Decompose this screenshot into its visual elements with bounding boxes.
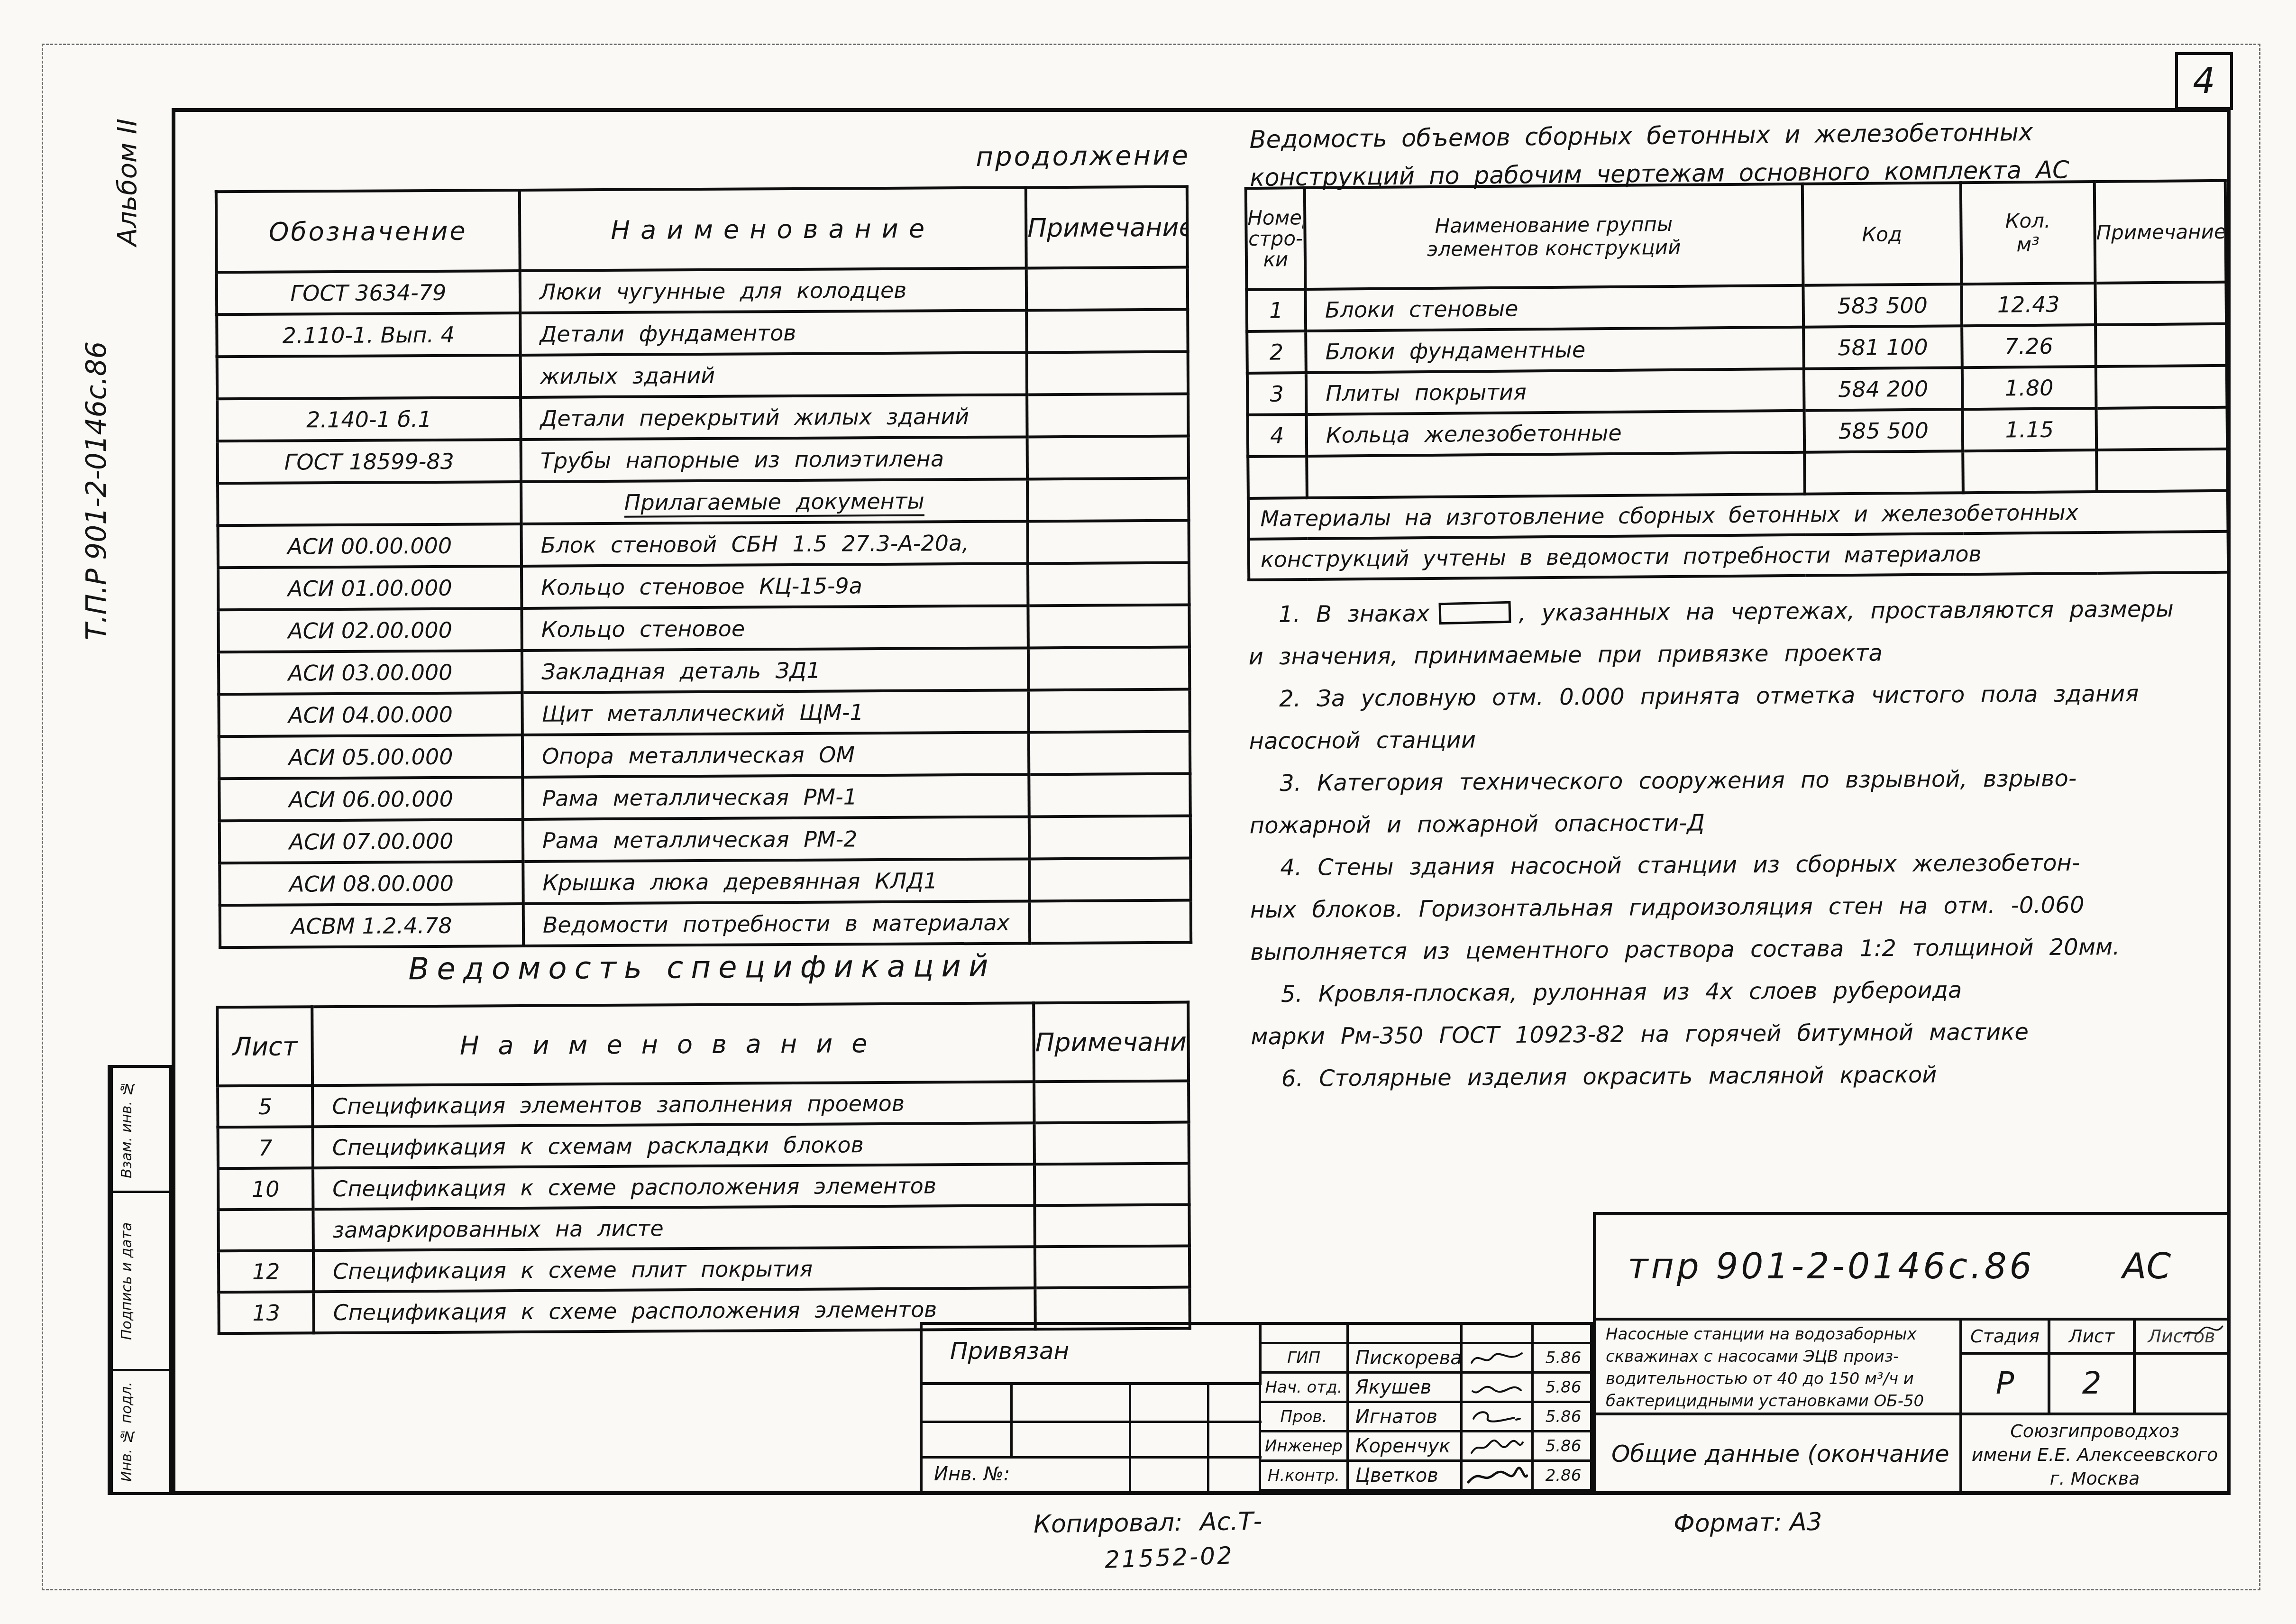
name-cell: Щит металлический ЩМ-1 (522, 690, 1028, 735)
date-cell: 5.86 (1533, 1343, 1594, 1373)
note-3-line-1: 3. Категория технического сооружения по … (1249, 757, 2237, 805)
signatures-table: ГИП Пискорева 5.86 Нач. отд. Якушев 5.86… (1259, 1322, 1593, 1495)
table-row: АСИ 07.00.000Рама металлическая РМ-2 (220, 816, 1190, 863)
note-cell (1027, 478, 1189, 522)
page-number: 4 (2193, 61, 2215, 101)
project-line: бактерицидными установками ОБ-50 (1606, 1390, 1959, 1413)
role-cell: ГИП (1260, 1343, 1348, 1373)
name-cell: Якушев (1348, 1373, 1462, 1402)
code-cell: 581 100 (1803, 326, 1962, 369)
page-number-box: 4 (2175, 52, 2233, 110)
inventory-number-label: Инв. №: (934, 1463, 1010, 1485)
signature-scribble (1469, 1378, 1526, 1397)
note-cell (1028, 689, 1189, 733)
continuation-label: продолжение (882, 140, 1190, 174)
signature-cell (1462, 1402, 1533, 1431)
empty-cell (1533, 1323, 1594, 1343)
materials-footnote-line1: Материалы на изготовление сборных бетонн… (1248, 491, 2228, 539)
grid-line (923, 1421, 1262, 1423)
note-cell (1028, 605, 1189, 648)
table-row: 4Кольца железобетонные585 5001.15 (1248, 407, 2228, 457)
sheet-cell: 12 (219, 1250, 313, 1292)
copied-by-label: Копировал: Ас.Т- (1034, 1507, 1262, 1539)
note-cell (1028, 521, 1189, 564)
signature-scribble (1466, 1465, 1528, 1486)
designation-cell: АСИ 06.00.000 (219, 777, 522, 821)
stage-sheet-values: Р 2 (1962, 1355, 2227, 1413)
header-line: элементов конструкций (1307, 235, 1802, 262)
name-cell: Кольцо стеновое КЦ-15-9а (521, 563, 1028, 608)
name-cell: Закладная деталь ЗД1 (522, 648, 1028, 693)
quantity-cell: 1.80 (1962, 367, 2096, 409)
code-cell (1804, 451, 1963, 494)
table-row (1248, 449, 2228, 498)
quantity-cell (1963, 450, 2097, 493)
note-cell (1035, 1246, 1189, 1288)
quantity-cell: 7.26 (1962, 325, 2096, 367)
note-cell (2095, 282, 2226, 325)
sheet-title: Общие данные (окончание (1596, 1415, 1962, 1492)
sheet-label: Лист (2050, 1321, 2136, 1352)
designation-cell: АСИ 04.00.000 (219, 693, 522, 736)
table-row: АСИ 08.00.000Крышка люка деревянная КЛД1 (220, 858, 1190, 906)
empty-cell (1462, 1323, 1533, 1343)
name-cell: Спецификация к схеме плит покрытия (313, 1247, 1035, 1292)
name-cell: Игнатов (1348, 1402, 1462, 1431)
empty-cell (1348, 1323, 1462, 1343)
note-4-line-1: 4. Стены здания насосной станции из сбор… (1250, 841, 2237, 890)
scanned-drawing-sheet: { "page_number": "4", "margin": { "album… (0, 0, 2296, 1624)
table-row: АСИ 04.00.000Щит металлический ЩМ-1 (219, 689, 1189, 737)
name-cell: Детали перекрытий жилых зданий (521, 395, 1027, 440)
empty-row (1260, 1323, 1594, 1343)
note-header: Примечание (2095, 181, 2226, 283)
note-cell (1027, 352, 1188, 395)
volumes-table: Номер стро- ки Наименование группы элеме… (1244, 179, 2227, 581)
signature-scribble (1469, 1407, 1526, 1426)
stamp-cell-label: Инв. № подл. (110, 1371, 141, 1492)
designation-cell: 2.140-1 б.1 (217, 397, 521, 441)
designation-cell: АСИ 08.00.000 (220, 862, 523, 905)
note-cell (1034, 1164, 1189, 1206)
general-notes: 1. В знаках, указанных на чертежах, прос… (1248, 588, 2238, 1101)
name-header: Наименование (520, 187, 1026, 271)
spec-list-title: Ведомость спецификаций (217, 948, 1188, 988)
note-cell (2096, 366, 2227, 408)
signature-cell (1462, 1461, 1533, 1490)
header-line: Кол. (1962, 209, 2093, 233)
designation-cell: АСИ 00.00.000 (218, 524, 521, 568)
table-row: Прилагаемые документы (218, 478, 1189, 526)
group-name-cell: Плиты покрытия (1306, 369, 1804, 414)
album-label: Альбом II (108, 88, 146, 277)
note-cell (1027, 436, 1189, 479)
grid-line (1129, 1385, 1131, 1495)
group-name-cell: Блоки стеновые (1305, 285, 1803, 331)
row-number-cell: 4 (1248, 414, 1307, 457)
document-number: тпр 901-2-0146с.86 (1596, 1215, 2066, 1318)
stamp-cell-label: Взам. инв. № (110, 1068, 141, 1191)
table-row: 7Спецификация к схемам раскладки блоков (218, 1122, 1189, 1169)
note-cell (2095, 324, 2227, 367)
name-cell: Трубы напорные из полиэтилена (521, 437, 1027, 482)
header-line: Номер (1247, 207, 1303, 229)
row-number-cell: 2 (1247, 331, 1306, 373)
note-header: Примечание (1026, 187, 1188, 268)
designation-cell: 2.110-1. Вып. 4 (217, 313, 520, 357)
table-row: 12Спецификация к схеме плит покрытия (219, 1246, 1189, 1293)
note-2-line-1: 2. За условную отм. 0.000 принята отметк… (1249, 672, 2236, 721)
signature-row: ГИП Пискорева 5.86 (1260, 1343, 1594, 1373)
row-number-header: Номер стро- ки (1246, 188, 1306, 290)
stamp-cell: Подпись и дата (110, 1193, 169, 1371)
date-cell: 2.86 (1533, 1461, 1594, 1490)
designation-cell: АСИ 03.00.000 (219, 651, 522, 694)
sheet-cell: 10 (218, 1168, 313, 1210)
note-cell (1026, 267, 1188, 311)
code-cell: 583 500 (1803, 284, 1962, 327)
note-4-line-2: ных блоков. Горизонтальная гидроизоляция… (1250, 883, 2238, 932)
sheet-header: Лист (217, 1007, 312, 1086)
sheet-cell: 7 (218, 1127, 313, 1168)
name-cell: замаркированных на листе (313, 1205, 1034, 1250)
note-cell (1029, 816, 1190, 859)
documents-table: Обозначение Наименование Примечание ГОСТ… (215, 185, 1189, 949)
quantity-cell: 1.15 (1962, 408, 2096, 451)
materials-footnote-line2: конструкций учтены в ведомости потребнос… (1249, 532, 2229, 580)
signature-scribble (1469, 1349, 1526, 1367)
note-cell (2096, 407, 2227, 450)
sheets-value (2136, 1355, 2227, 1413)
date-cell: 5.86 (1533, 1373, 1594, 1402)
title-block-middle: Насосные станции на водозаборных скважин… (1596, 1321, 2227, 1415)
name-cell: Цветков (1348, 1461, 1462, 1490)
signature-cell (1462, 1373, 1533, 1402)
section-heading-cell: Прилагаемые документы (521, 479, 1027, 524)
name-cell: Крышка люка деревянная КЛД1 (523, 859, 1029, 904)
table-row: АСИ 03.00.000Закладная деталь ЗД1 (219, 647, 1189, 695)
role-cell: Нач. отд. (1260, 1373, 1348, 1402)
code-header: Код (1802, 183, 1962, 285)
note-6-line-1: 6. Столярные изделия окрасить масляной к… (1251, 1052, 2239, 1101)
order-number: 21552-02 (1104, 1541, 1235, 1573)
signature-cell (1462, 1431, 1533, 1461)
group-name-cell: Блоки фундаментные (1306, 327, 1804, 373)
designation-cell: АСИ 02.00.000 (218, 608, 521, 652)
note-1-suffix: , указанных на чертежах, проставляются р… (1518, 596, 2174, 626)
header-line: Наименование группы (1306, 211, 1801, 239)
note-cell (1034, 1122, 1189, 1165)
name-cell: Рама металлическая РМ-1 (522, 774, 1029, 819)
role-cell: Н.контр. (1260, 1461, 1348, 1490)
table-row: 2Блоки фундаментные581 1007.26 (1247, 324, 2227, 373)
note-cell (1027, 394, 1188, 437)
note-1-line-1: 1. В знаках, указанных на чертежах, прос… (1248, 588, 2236, 636)
header-line: стро- (1247, 228, 1303, 249)
empty-cell (1260, 1323, 1348, 1343)
table-row: 1Блоки стеновые583 50012.43 (1246, 282, 2226, 331)
table-row: 3Плиты покрытия584 2001.80 (1247, 366, 2227, 415)
note-2-line-2: насосной станции (1249, 715, 2236, 763)
sheet-cell: 5 (218, 1085, 312, 1127)
format-label: Формат: А3 (1674, 1508, 1822, 1538)
note-cell (1030, 900, 1191, 944)
placeholder-rectangle (1439, 601, 1511, 625)
date-cell: 5.86 (1533, 1402, 1594, 1431)
project-line: Насосные станции на водозаборных (1606, 1323, 1959, 1346)
stamp-cell: Взам. инв. № (110, 1068, 169, 1193)
name-cell: Ведомости потребности в материалах (523, 901, 1030, 946)
sheet-cell: 13 (219, 1292, 313, 1333)
designation-cell: АСИ 07.00.000 (220, 819, 523, 863)
table-row: замаркированных на листе (218, 1205, 1189, 1251)
role-cell: Пров. (1260, 1402, 1348, 1431)
organization: Союзгипроводхоз имени Е.Е. Алексеевского… (1962, 1415, 2227, 1492)
note-cell (1029, 732, 1190, 775)
designation-cell: ГОСТ 18599-83 (218, 440, 521, 483)
table-row: ГОСТ 3634-79Люки чугунные для колодцев (217, 267, 1188, 315)
note-cell (1028, 563, 1189, 606)
name-cell: жилых зданий (521, 352, 1027, 397)
note-cell (1028, 647, 1189, 690)
note-cell (1026, 310, 1188, 353)
stage-sheet-header: Стадия Лист Листов (1962, 1321, 2227, 1355)
name-cell: Пискорева (1348, 1343, 1462, 1373)
name-cell: Рама металлическая РМ-2 (523, 817, 1029, 862)
note-cell (1034, 1205, 1189, 1247)
table-row: АСИ 02.00.000Кольцо стеновое (218, 605, 1189, 652)
organization-line: Союзгипроводхоз (1962, 1419, 2227, 1443)
table-row: ГОСТ 18599-83Трубы напорные из полиэтиле… (218, 436, 1189, 484)
note-5-line-1: 5. Кровля-плоская, рулонная из 4х слоев … (1251, 968, 2238, 1016)
stage-value: Р (1962, 1355, 2050, 1413)
document-code-vertical: Т.П.Р 901-2-0146с.86 (75, 275, 118, 706)
table-row: 2.110-1. Вып. 4Детали фундаментов (217, 310, 1188, 357)
designation-header: Обозначение (216, 190, 520, 272)
project-line: скважинах с насосами ЭЦВ произ- (1606, 1346, 1959, 1368)
organization-line: имени Е.Е. Алексеевского (1962, 1443, 2227, 1467)
binding-label: Привязан (923, 1325, 1262, 1385)
note-cell (1029, 858, 1190, 901)
designation-cell: АСВМ 1.2.4.78 (220, 904, 523, 947)
group-name-cell (1307, 452, 1805, 498)
signature-cell (1462, 1343, 1533, 1373)
designation-cell: ГОСТ 3634-79 (217, 271, 520, 314)
note-1-line-2: и значения, принимаемые при привязке про… (1248, 630, 2236, 679)
code-cell: 584 200 (1804, 367, 1963, 411)
row-number-cell: 3 (1247, 373, 1307, 415)
left-stamp-column: Взам. инв. № Подпись и дата Инв. № подл. (108, 1065, 172, 1495)
project-name: Насосные станции на водозаборных скважин… (1596, 1321, 1962, 1413)
note-5-line-2: марки Рм-350 ГОСТ 10923-82 на горячей би… (1251, 1010, 2238, 1058)
name-cell: Опора металлическая ОМ (522, 732, 1029, 777)
organization-line: г. Москва (1962, 1467, 2227, 1490)
table-header-row: Обозначение Наименование Примечание (216, 187, 1188, 273)
drawing-set-code: АС (2066, 1215, 2227, 1318)
spec-list-table: Лист Наименование Примечание 5Спецификац… (216, 1001, 1189, 1335)
handwritten-mark (2182, 1322, 2224, 1341)
name-header: Наименование (312, 1003, 1034, 1085)
group-name-header: Наименование группы элементов конструкци… (1305, 184, 1803, 289)
title-block-top: тпр 901-2-0146с.86 АС (1596, 1215, 2227, 1321)
signature-row: Пров. Игнатов 5.86 (1260, 1402, 1594, 1431)
row-number-cell: 1 (1246, 289, 1306, 331)
name-cell: Спецификация к схеме расположения элемен… (313, 1164, 1034, 1209)
table-row: 2.140-1 б.1Детали перекрытий жилых здани… (217, 394, 1188, 441)
footnote-row: Материалы на изготовление сборных бетонн… (1248, 491, 2228, 539)
signature-row: Инженер Коренчук 5.86 (1260, 1431, 1594, 1461)
sheet-value: 2 (2050, 1355, 2136, 1413)
role-cell: Инженер (1260, 1431, 1348, 1461)
quantity-header: Кол. м³ (1961, 182, 2095, 284)
project-line: водительностью от 40 до 150 м³/ч и (1606, 1368, 1959, 1390)
row-number-cell (1248, 456, 1307, 498)
table-row: АСИ 01.00.000Кольцо стеновое КЦ-15-9а (218, 563, 1189, 610)
header-line: м³ (1963, 232, 2094, 257)
table-row: АСИ 06.00.000Рама металлическая РМ-1 (219, 774, 1190, 821)
name-cell: Блок стеновой СБН 1.5 27.3-А-20а, (521, 521, 1028, 566)
table-row: 10Спецификация к схеме расположения элем… (218, 1164, 1189, 1210)
name-cell: Коренчук (1348, 1431, 1462, 1461)
table-row: АСВМ 1.2.4.78Ведомости потребности в мат… (220, 900, 1191, 948)
signature-row: Н.контр. Цветков 2.86 (1260, 1461, 1594, 1490)
note-cell (1029, 774, 1190, 817)
note-cell (2096, 449, 2228, 492)
header-line: ки (1248, 249, 1304, 270)
table-header-row: Лист Наименование Примечание (217, 1002, 1189, 1086)
stage-label: Стадия (1962, 1321, 2050, 1352)
grid-line (1207, 1385, 1209, 1495)
group-name-cell: Кольца железобетонные (1307, 411, 1805, 456)
stamp-cell: Инв. № подл. (110, 1371, 169, 1492)
note-4-line-3: выполняется из цементного раствора соста… (1250, 926, 2238, 974)
name-cell: Люки чугунные для колодцев (520, 268, 1026, 313)
name-cell: Спецификация к схемам раскладки блоков (313, 1123, 1034, 1168)
date-cell: 5.86 (1533, 1431, 1594, 1461)
designation-cell: АСИ 01.00.000 (218, 566, 521, 610)
grid-line (923, 1456, 1262, 1459)
footnote-row: конструкций учтены в ведомости потребнос… (1249, 532, 2229, 580)
title-block: тпр 901-2-0146с.86 АС Насосные станции н… (1593, 1212, 2231, 1495)
name-cell: Спецификация элементов заполнения проемо… (312, 1082, 1034, 1127)
sheets-label: Листов (2136, 1321, 2227, 1352)
table-row: АСИ 00.00.000Блок стеновой СБН 1.5 27.3-… (218, 521, 1189, 568)
table-row: 5Спецификация элементов заполнения проем… (218, 1081, 1189, 1128)
name-cell: Кольцо стеновое (521, 606, 1028, 651)
stamp-cell-label: Подпись и дата (110, 1193, 141, 1369)
designation-cell (218, 482, 521, 525)
title-block-bottom: Общие данные (окончание Союзгипроводхоз … (1596, 1415, 2227, 1492)
signature-row: Нач. отд. Якушев 5.86 (1260, 1373, 1594, 1402)
table-row: АСИ 05.00.000Опора металлическая ОМ (219, 732, 1190, 779)
table-header-row: Номер стро- ки Наименование группы элеме… (1246, 181, 2226, 290)
stage-sheet-block: Стадия Лист Листов Р 2 (1962, 1321, 2227, 1413)
quantity-cell: 12.43 (1961, 283, 2095, 326)
note-3-line-2: пожарной и пожарной опасности-Д (1249, 799, 2237, 847)
note-header: Примечание (1034, 1002, 1189, 1082)
signature-scribble (1469, 1437, 1526, 1456)
note-1-prefix: 1. В знаках (1279, 600, 1430, 628)
note-cell (1034, 1081, 1189, 1123)
designation-cell: АСИ 05.00.000 (219, 735, 522, 779)
name-cell: Детали фундаментов (520, 310, 1026, 355)
code-cell: 585 500 (1804, 409, 1963, 452)
designation-cell (217, 355, 521, 399)
table-row: жилых зданий (217, 352, 1188, 399)
sheet-cell (218, 1209, 313, 1251)
